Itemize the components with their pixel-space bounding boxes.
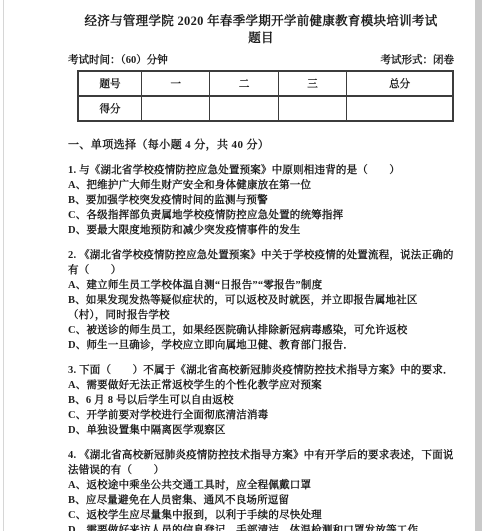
score-blank-cell-2 bbox=[210, 96, 278, 121]
exam-form-label: 考试形式：闭卷 bbox=[381, 54, 455, 67]
score-blank-cell-3 bbox=[278, 96, 346, 121]
question-1-option-c: C、各级指挥部负责属地学校疫情防控应急处置的统筹指挥 bbox=[68, 208, 454, 223]
score-table-header-part2: 二 bbox=[210, 71, 278, 96]
question-1-option-a: A、把维护广大师生财产安全和身体健康放在第一位 bbox=[68, 178, 454, 193]
scrollbar[interactable] bbox=[475, 0, 482, 531]
question-2-option-d: D、师生一旦确诊，学校应立即向属地卫健、教育部门报告． bbox=[68, 338, 454, 353]
question-3-option-a: A、需要做好无法正常返校学生的个性化教学应对预案 bbox=[68, 378, 454, 393]
score-label-cell: 得分 bbox=[78, 96, 142, 121]
question-4-stem: 4. 《湖北省高校新冠肺炎疫情防控技术指导方案》中有开学后的要求表述，下面说法错… bbox=[68, 448, 454, 478]
document-content: 经济与管理学院 2020 年春季学期开学前健康教育模块培训考试 题目 考试时间：… bbox=[0, 0, 484, 531]
question-1-option-d: D、要最大限度地预防和减少突发疫情事件的发生 bbox=[68, 223, 454, 238]
exam-document-page: 经济与管理学院 2020 年春季学期开学前健康教育模块培训考试 题目 考试时间：… bbox=[0, 0, 484, 531]
question-3-option-b: B、6 月 8 号以后学生可以自由返校 bbox=[68, 393, 454, 408]
score-table-header-total: 总分 bbox=[347, 71, 453, 96]
question-2: 2. 《湖北省学校疫情防控应急处置预案》中关于学校疫情的处置流程，说法正确的有（… bbox=[68, 248, 454, 353]
score-table-header-part3: 三 bbox=[278, 71, 346, 96]
question-3-option-c: C、开学前要对学校进行全面彻底清洁消毒 bbox=[68, 408, 454, 423]
question-3: 3. 下面（ ）不属于《湖北省高校新冠肺炎疫情防控技术指导方案》中的要求． A、… bbox=[68, 363, 454, 438]
question-2-option-b: B、如果发现发热等疑似症状的，可以返校及时就医，并立即报告属地社区（村），同时报… bbox=[68, 293, 454, 323]
score-table-header-question-no: 题号 bbox=[78, 71, 142, 96]
question-4-option-c: C、返校学生应尽量集中报到，以利于手续的尽快处理 bbox=[68, 508, 454, 523]
question-2-stem: 2. 《湖北省学校疫情防控应急处置预案》中关于学校疫情的处置流程，说法正确的有（… bbox=[68, 248, 454, 278]
exam-time-label: 考试时间：（60）分钟 bbox=[68, 54, 168, 67]
question-4: 4. 《湖北省高校新冠肺炎疫情防控技术指导方案》中有开学后的要求表述，下面说法错… bbox=[68, 448, 454, 531]
question-2-option-c: C、被送诊的师生员工，如果经医院确认排除新冠病毒感染，可允许返校 bbox=[68, 323, 454, 338]
section-title: 一、单项选择（每小题 4 分，共 40 分） bbox=[68, 138, 454, 153]
question-4-option-a: A、返校途中乘坐公共交通工具时，应全程佩戴口罩 bbox=[68, 478, 454, 493]
question-1: 1. 与《湖北省学校疫情防控应急处置预案》中原则相违背的是（ ） A、把维护广大… bbox=[68, 163, 454, 238]
score-blank-cell-total bbox=[347, 96, 453, 121]
exam-title-line1: 经济与管理学院 2020 年春季学期开学前健康教育模块培训考试 bbox=[68, 13, 454, 30]
score-table-header-part1: 一 bbox=[142, 71, 210, 96]
page-left-edge bbox=[3, 0, 4, 531]
score-blank-cell-1 bbox=[142, 96, 210, 121]
question-1-stem: 1. 与《湖北省学校疫情防控应急处置预案》中原则相违背的是（ ） bbox=[68, 163, 454, 178]
exam-meta-row: 考试时间：（60）分钟 考试形式：闭卷 bbox=[68, 54, 454, 67]
score-table: 题号 一 二 三 总分 得分 bbox=[77, 70, 454, 122]
question-3-option-d: D、单独设置集中隔离医学观察区 bbox=[68, 423, 454, 438]
exam-title-line2: 题目 bbox=[68, 30, 454, 47]
question-1-option-b: B、要加强学校突发疫情时间的监测与预警 bbox=[68, 193, 454, 208]
question-2-option-a: A、建立师生员工学校体温自测“日报告”“零报告”制度 bbox=[68, 278, 454, 293]
question-4-option-d: D、需要做好来访人员的信息登记、手部清洁、体温检测和口罩发放等工作 bbox=[68, 523, 454, 531]
score-table-header-row: 题号 一 二 三 总分 bbox=[78, 71, 453, 96]
score-table-score-row: 得分 bbox=[78, 96, 453, 121]
question-4-option-b: B、应尽量避免在人员密集、通风不良场所逗留 bbox=[68, 493, 454, 508]
question-3-stem: 3. 下面（ ）不属于《湖北省高校新冠肺炎疫情防控技术指导方案》中的要求． bbox=[68, 363, 454, 378]
